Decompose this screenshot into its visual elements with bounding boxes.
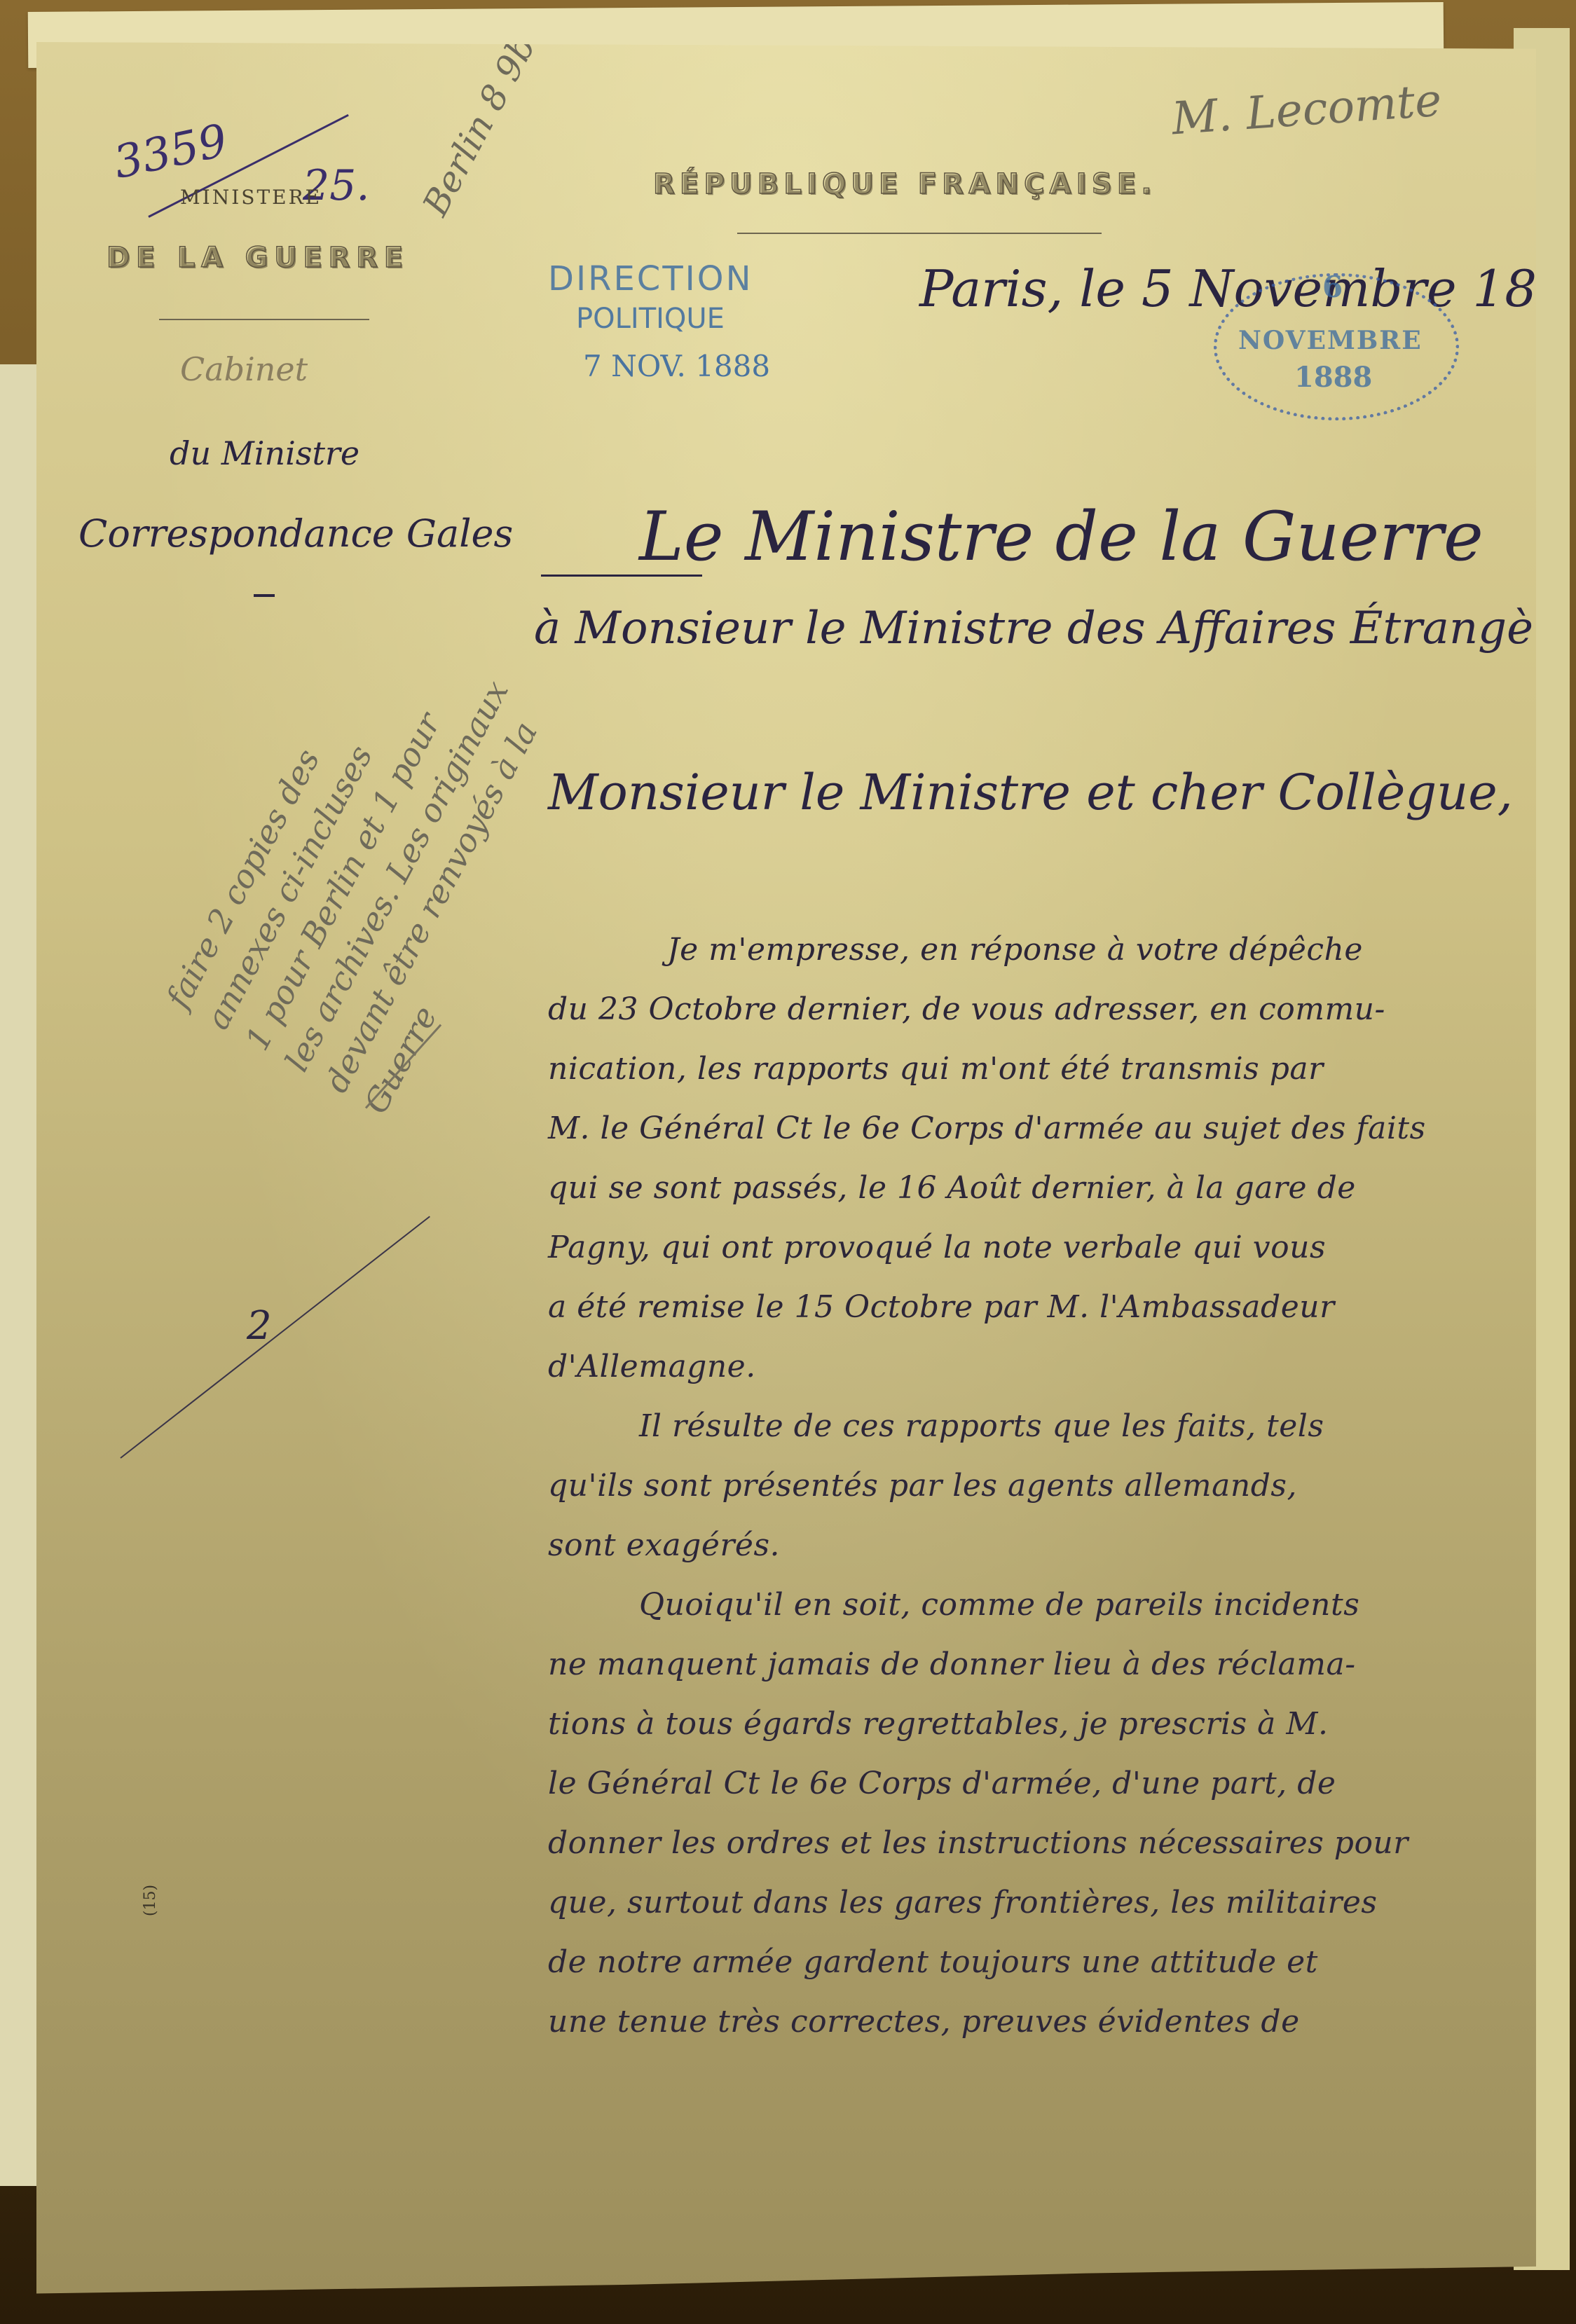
body-line: Il résulte de ces rapports que les faits… — [639, 1408, 1324, 1444]
body-line: Pagny, qui ont provoqué la note verbale … — [548, 1230, 1326, 1265]
pencil-recipient-note: M. Lecomte — [1170, 75, 1443, 146]
ministry-line2: DE LA GUERRE — [107, 242, 409, 274]
body-line: qui se sont passés, le 16 Août dernier, … — [548, 1170, 1356, 1206]
body-line: Je m'empresse, en réponse à votre dépêch… — [667, 932, 1363, 968]
salutation: Monsieur le Ministre et cher Collègue, — [548, 764, 1513, 821]
oval-stamp-month: NOVEMBRE — [1238, 326, 1423, 355]
ministry-line1: MINISTERE — [180, 186, 322, 209]
margin-stamp-number: (15) — [142, 1885, 159, 1916]
dash-mark — [254, 594, 275, 597]
body-line: a été remise le 15 Octobre par M. l'Amba… — [548, 1289, 1335, 1325]
oval-stamp-year: 1888 — [1294, 361, 1372, 394]
body-line: ne manquent jamais de donner lieu à des … — [548, 1646, 1356, 1682]
body-line: une tenue très correctes, preuves éviden… — [548, 2004, 1300, 2040]
body-line: d'Allemagne. — [548, 1349, 756, 1384]
body-line: tions à tous égards regrettables, je pre… — [548, 1706, 1328, 1742]
stamp-politique: POLITIQUE — [576, 303, 725, 335]
body-line: le Général Ct le 6e Corps d'armée, d'une… — [548, 1766, 1336, 1801]
body-line: nication, les rapports qui m'ont été tra… — [548, 1051, 1324, 1087]
stamp-direction: DIRECTION — [548, 259, 753, 298]
letter-page: 3359 25. MINISTERE DE LA GUERRE Cabinet … — [36, 42, 1536, 2298]
sender-heading: Le Ministre de la Guerre — [639, 497, 1484, 576]
letterhead-divider — [159, 319, 369, 320]
body-line: donner les ordres et les instructions né… — [548, 1825, 1409, 1861]
pencil-margin-note: faire 2 copies des annexes ci-incluses 1… — [156, 610, 598, 1121]
body-line: M. le Général Ct le 6e Corps d'armée au … — [548, 1111, 1426, 1146]
body-line: qu'ils sont présentés par les agents all… — [548, 1468, 1297, 1504]
body-line: que, surtout dans les gares frontières, … — [548, 1885, 1377, 1920]
body-line: du 23 Octobre dernier, de vous adresser,… — [548, 991, 1385, 1027]
stamp-date: 7 NOV. 1888 — [583, 349, 770, 383]
republic-heading: RÉPUBLIQUE FRANÇAISE. — [653, 168, 1157, 200]
du-ministre-label: du Ministre — [170, 434, 359, 472]
department-label: Correspondance Gales — [78, 511, 513, 556]
recipient-heading: à Monsieur le Ministre des Affaires Étra… — [534, 603, 1576, 654]
oval-receipt-stamp: 6 NOVEMBRE 1888 — [1214, 273, 1459, 420]
body-line: sont exagérés. — [548, 1527, 780, 1563]
margin-slash-line — [120, 1216, 430, 1458]
body-line: Quoiqu'il en soit, comme de pareils inci… — [639, 1587, 1359, 1623]
cabinet-label: Cabinet — [180, 350, 308, 388]
file-number: 3359 — [109, 115, 232, 189]
body-line: de notre armée gardent toujours une atti… — [548, 1944, 1318, 1980]
republic-divider — [737, 233, 1102, 234]
sender-flourish — [541, 575, 702, 577]
oval-stamp-number: 6 — [1322, 270, 1343, 304]
